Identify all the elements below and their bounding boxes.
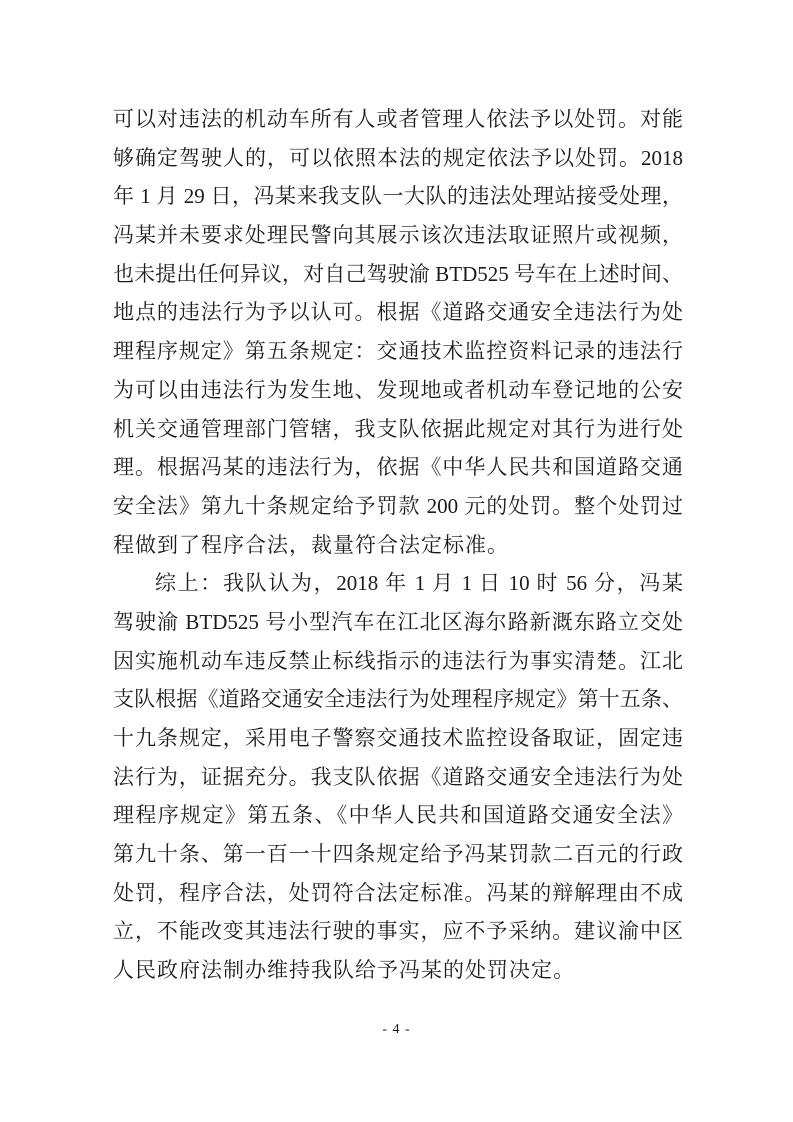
text-line: 为可以由违法行为发生地、发现地或者机动车登记地的公安 <box>113 371 683 410</box>
page-number: - 4 - <box>382 1022 410 1037</box>
text-line: 驾驶渝 BTD525 号小型汽车在江北区海尔路新溉东路立交处 <box>113 603 683 642</box>
text-line-paragraph-end: 人民政府法制办维持我队给予冯某的处罚决定。 <box>113 951 683 990</box>
text-line: 理程序规定》第五条、《中华人民共和国道路交通安全法》 <box>113 796 683 835</box>
text-line: 法行为，证据充分。我支队依据《道路交通安全违法行为处 <box>113 758 683 797</box>
text-line: 年 1 月 29 日，冯某来我支队一大队的违法处理站接受处理， <box>113 177 683 216</box>
text-line: 够确定驾驶人的，可以依照本法的规定依法予以处罚。2018 <box>113 139 683 178</box>
page-footer: - 4 - <box>0 1020 793 1038</box>
text-line: 安全法》第九十条规定给予罚款 200 元的处罚。整个处罚过 <box>113 487 683 526</box>
text-line: 地点的违法行为予以认可。根据《道路交通安全违法行为处 <box>113 293 683 332</box>
text-line: 冯某并未要求处理民警向其展示该次违法取证照片或视频， <box>113 216 683 255</box>
text-line: 十九条规定，采用电子警察交通技术监控设备取证，固定违 <box>113 719 683 758</box>
text-line: 可以对违法的机动车所有人或者管理人依法予以处罚。对能 <box>113 100 683 139</box>
text-line-paragraph-end: 程做到了程序合法，裁量符合法定标准。 <box>113 526 683 565</box>
text-line: 因实施机动车违反禁止标线指示的违法行为事实清楚。江北 <box>113 642 683 681</box>
text-line: 支队根据《道路交通安全违法行为处理程序规定》第十五条、 <box>113 680 683 719</box>
text-line: 理程序规定》第五条规定：交通技术监控资料记录的违法行 <box>113 332 683 371</box>
text-line: 也未提出任何异议，对自己驾驶渝 BTD525 号车在上述时间、 <box>113 255 683 294</box>
document-body: 可以对违法的机动车所有人或者管理人依法予以处罚。对能 够确定驾驶人的，可以依照本… <box>113 100 683 990</box>
text-line-paragraph-start: 综上：我队认为，2018 年 1 月 1 日 10 时 56 分，冯某 <box>113 564 683 603</box>
text-line: 第九十条、第一百一十四条规定给予冯某罚款二百元的行政 <box>113 835 683 874</box>
text-line: 机关交通管理部门管辖，我支队依据此规定对其行为进行处 <box>113 410 683 449</box>
text-line: 立，不能改变其违法行驶的事实，应不予采纳。建议渝中区 <box>113 912 683 951</box>
document-page: 可以对违法的机动车所有人或者管理人依法予以处罚。对能 够确定驾驶人的，可以依照本… <box>0 0 793 1122</box>
text-line: 理。根据冯某的违法行为，依据《中华人民共和国道路交通 <box>113 448 683 487</box>
text-line: 处罚，程序合法，处罚符合法定标准。冯某的辩解理由不成 <box>113 874 683 913</box>
